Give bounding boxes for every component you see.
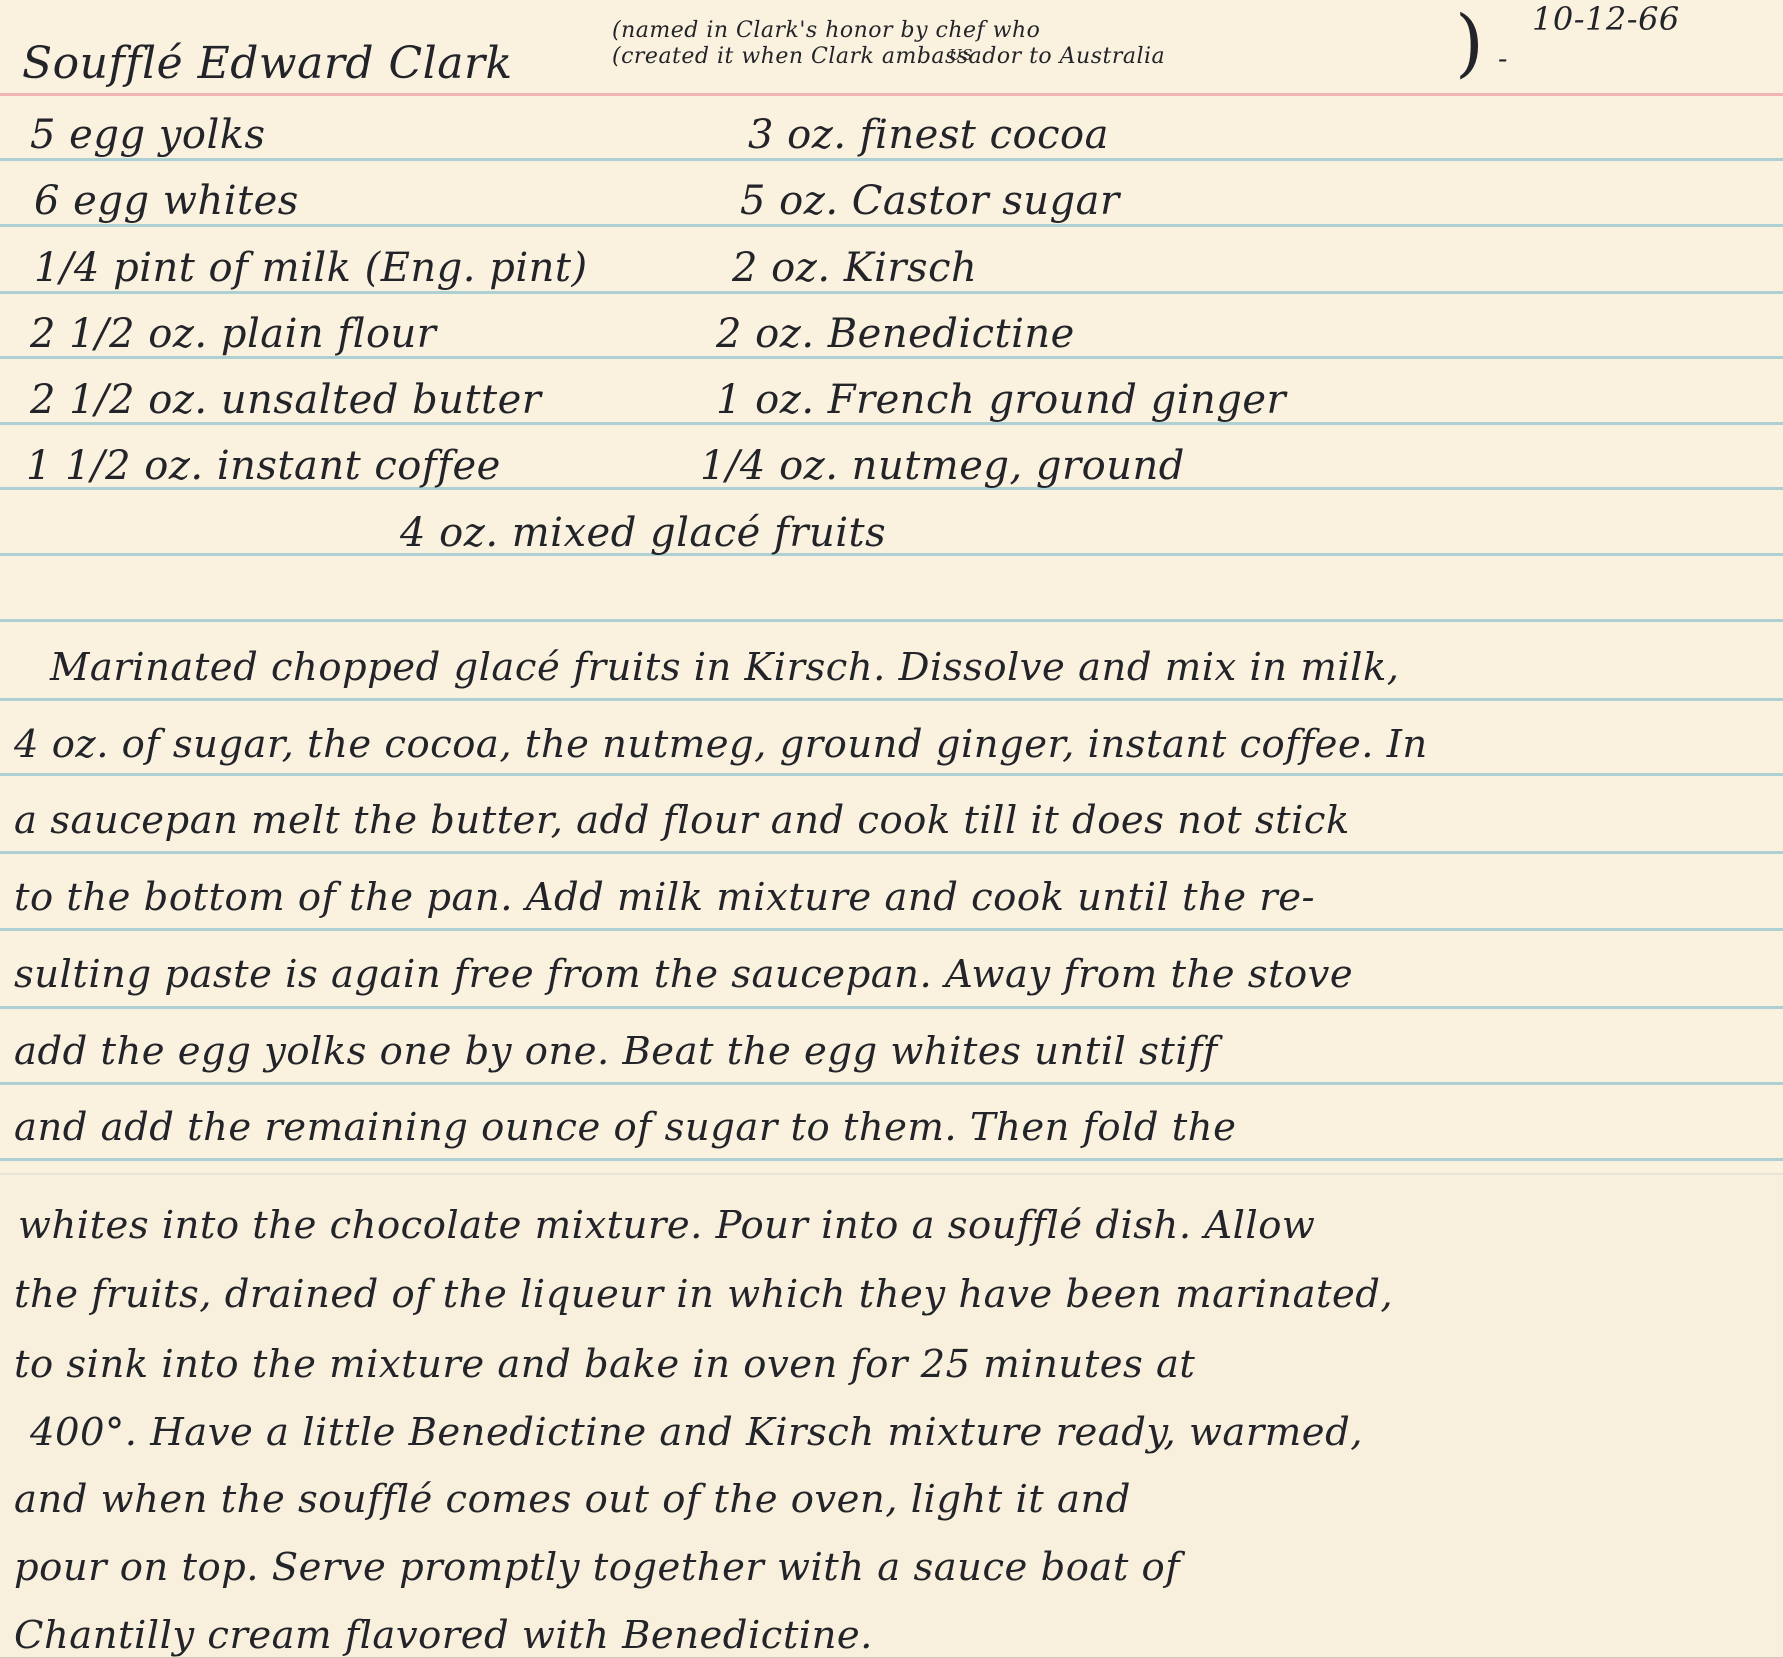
ingredient-item: 1 oz. French ground ginger <box>716 377 1286 423</box>
ingredient-item: 6 egg whites <box>34 178 299 224</box>
ingredient-item: 5 egg yolks <box>30 112 266 158</box>
recipe-date: 10-12-66 <box>1532 0 1680 38</box>
title-note-insert: US <box>949 42 973 68</box>
instruction-line: Marinated chopped glacé fruits in Kirsch… <box>50 645 1400 690</box>
ruled-line <box>0 158 1783 161</box>
ingredient-item-centered: 4 oz. mixed glacé fruits <box>400 510 886 556</box>
instruction-line: to the bottom of the pan. Add milk mixtu… <box>14 875 1315 920</box>
title-note-line2: (created it when Clark ambassador to Aus… <box>612 44 1165 70</box>
ingredient-item: 1/4 pint of milk (Eng. pint) <box>34 245 588 291</box>
recipe-title: Soufflé Edward Clark <box>22 38 513 89</box>
ingredient-item: 2 oz. Benedictine <box>716 311 1075 357</box>
instruction-line: pour on top. Serve promptly together wit… <box>14 1545 1180 1590</box>
ingredient-item: 2 oz. Kirsch <box>732 245 977 291</box>
ruled-line <box>0 773 1783 776</box>
ingredient-item: 2 1/2 oz. plain flour <box>30 311 436 357</box>
instruction-line: 4 oz. of sugar, the cocoa, the nutmeg, g… <box>14 722 1428 767</box>
instruction-line: add the egg yolks one by one. Beat the e… <box>14 1029 1218 1074</box>
instruction-line: whites into the chocolate mixture. Pour … <box>18 1203 1315 1248</box>
instruction-line: the fruits, drained of the liqueur in wh… <box>14 1272 1393 1317</box>
ruled-line <box>0 619 1783 622</box>
instruction-line: and when the soufflé comes out of the ov… <box>14 1477 1131 1522</box>
instruction-line: Chantilly cream flavored with Benedictin… <box>14 1613 873 1656</box>
header-rule <box>0 93 1783 96</box>
note-close-paren: ) <box>1455 0 1484 86</box>
instruction-line: sulting paste is again free from the sau… <box>14 952 1353 997</box>
ingredient-item: 1 1/2 oz. instant coffee <box>26 443 501 489</box>
ingredient-item: 2 1/2 oz. unsalted butter <box>30 377 541 423</box>
ruled-line <box>0 928 1783 931</box>
title-note: (named in Clark's honor by chef who US (… <box>612 18 1165 70</box>
ingredient-item: 1/4 oz. nutmeg, ground <box>700 443 1185 489</box>
ingredient-item: 5 oz. Castor sugar <box>740 178 1120 224</box>
recipe-card-front: Soufflé Edward Clark (named in Clark's h… <box>0 0 1783 1172</box>
title-dash: - <box>1498 42 1508 75</box>
recipe-card-back: whites into the chocolate mixture. Pour … <box>0 1173 1783 1656</box>
ruled-line <box>0 1082 1783 1085</box>
instruction-line: 400°. Have a little Benedictine and Kirs… <box>30 1410 1363 1455</box>
ruled-line <box>0 553 1783 556</box>
ruled-line <box>0 851 1783 854</box>
instruction-line: to sink into the mixture and bake in ove… <box>14 1342 1195 1387</box>
ruled-line <box>0 698 1783 701</box>
instruction-line: and add the remaining ounce of sugar to … <box>14 1105 1236 1150</box>
ruled-line <box>0 224 1783 227</box>
ruled-line <box>0 1158 1783 1161</box>
ruled-line <box>0 291 1783 294</box>
instruction-line: a saucepan melt the butter, add flour an… <box>14 798 1350 843</box>
ingredient-item: 3 oz. finest cocoa <box>748 112 1109 158</box>
title-note-line1: (named in Clark's honor by chef who <box>612 18 1165 44</box>
ruled-line <box>0 1006 1783 1009</box>
